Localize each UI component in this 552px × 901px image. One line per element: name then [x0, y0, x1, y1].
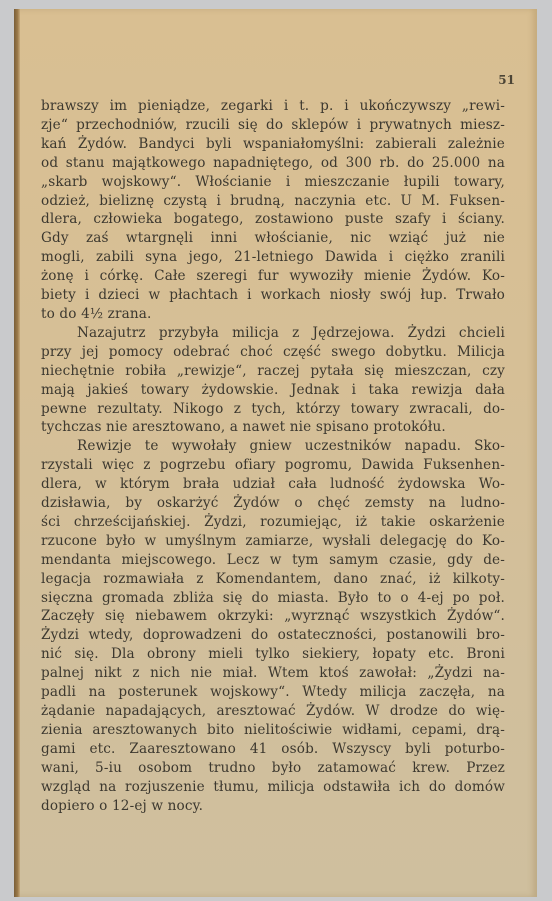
text-line: dlera, człowieka bogatego, zostawiono pu… — [41, 210, 505, 229]
text-line: zienia aresztowanych bito nielitościwie … — [41, 721, 505, 740]
text-line: padli na posterunek wojskowy“. Wtedy mil… — [41, 683, 505, 702]
text-line: gami etc. Zaaresztowano 41 osób. Wszyscy… — [41, 740, 505, 759]
text-line: niechętnie robiła „rewizje“, raczej pyta… — [41, 362, 505, 381]
page-number: 51 — [498, 73, 515, 87]
text-line: od stanu majątkowego napadniętego, od 30… — [41, 154, 505, 173]
text-line: Zaczęły się niebawem okrzyki: „wyrznąć w… — [41, 607, 505, 626]
text-line: to do 4½ zrana. — [41, 305, 505, 324]
text-line: Gdy zaś wtargnęli inni włościanie, nic w… — [41, 229, 505, 248]
text-line: mają jakieś towary żydowskie. Jednak i t… — [41, 381, 505, 400]
text-line: wzgląd na rozjuszenie tłumu, milicja ods… — [41, 778, 505, 797]
text-line: mendanta miejscowego. Lecz w tym samym c… — [41, 551, 505, 570]
text-line: Nazajutrz przybyła milicja z Jędrzejowa.… — [41, 324, 505, 343]
text-line: przy jej pomocy odebrać choć część swego… — [41, 343, 505, 362]
text-line: Rewizje te wywołały gniew uczestników na… — [41, 437, 505, 456]
text-line: dzisławia, by oskarżyć Żydów o chęć zems… — [41, 494, 505, 513]
text-line: zje“ przechodniów, rzucili się do sklepó… — [41, 116, 505, 135]
text-line: dopiero o 12-ej w nocy. — [41, 797, 505, 816]
text-line: pewne rezultaty. Nikogo z tych, którzy t… — [41, 400, 505, 419]
text-line: „skarb wojskowy“. Włościanie i mieszczan… — [41, 173, 505, 192]
text-line: mogli, zabili syna jego, 21-letniego Daw… — [41, 248, 505, 267]
text-line: rzystali więc z pogrzebu ofiary pogromu,… — [41, 456, 505, 475]
text-line: palnej nikt z nich nie miał. Wtem ktoś z… — [41, 664, 505, 683]
text-line: nić się. Dla obrony mieli tylko siekiery… — [41, 645, 505, 664]
text-line: Żydzi wtedy, doprowadzeni do ostatecznoś… — [41, 626, 505, 645]
text-line: ści chrześcijańskiej. Żydzi, rozumiejąc,… — [41, 513, 505, 532]
text-line: żądanie napadających, aresztować Żydów. … — [41, 702, 505, 721]
text-line: wani, 5-iu osobom trudno było zatamować … — [41, 759, 505, 778]
text-line: legacja rozmawiała z Komendantem, dano z… — [41, 570, 505, 589]
text-line: brawszy im pieniądze, zegarki i t. p. i … — [41, 97, 505, 116]
text-line: biety i dzieci w płachtach i workach nio… — [41, 286, 505, 305]
text-line: odzież, bieliznę czystą i brudną, naczyn… — [41, 192, 505, 211]
text-line: kań Żydów. Bandyci byli wspaniałomyślni:… — [41, 135, 505, 154]
text-line: tychczas nie aresztowano, a nawet nie sp… — [41, 418, 505, 437]
text-line: dlera, w którym brała udział cała ludnoś… — [41, 475, 505, 494]
text-line: żonę i córkę. Całe szeregi fur wywoziły … — [41, 267, 505, 286]
text-line: sięczna gromada zbliża się do miasta. By… — [41, 589, 505, 608]
book-page: 51 brawszy im pieniądze, zegarki i t. p.… — [14, 9, 537, 897]
body-text: brawszy im pieniądze, zegarki i t. p. i … — [41, 97, 505, 815]
text-line: rzucone było w umyślnym zamiarze, wysłal… — [41, 532, 505, 551]
